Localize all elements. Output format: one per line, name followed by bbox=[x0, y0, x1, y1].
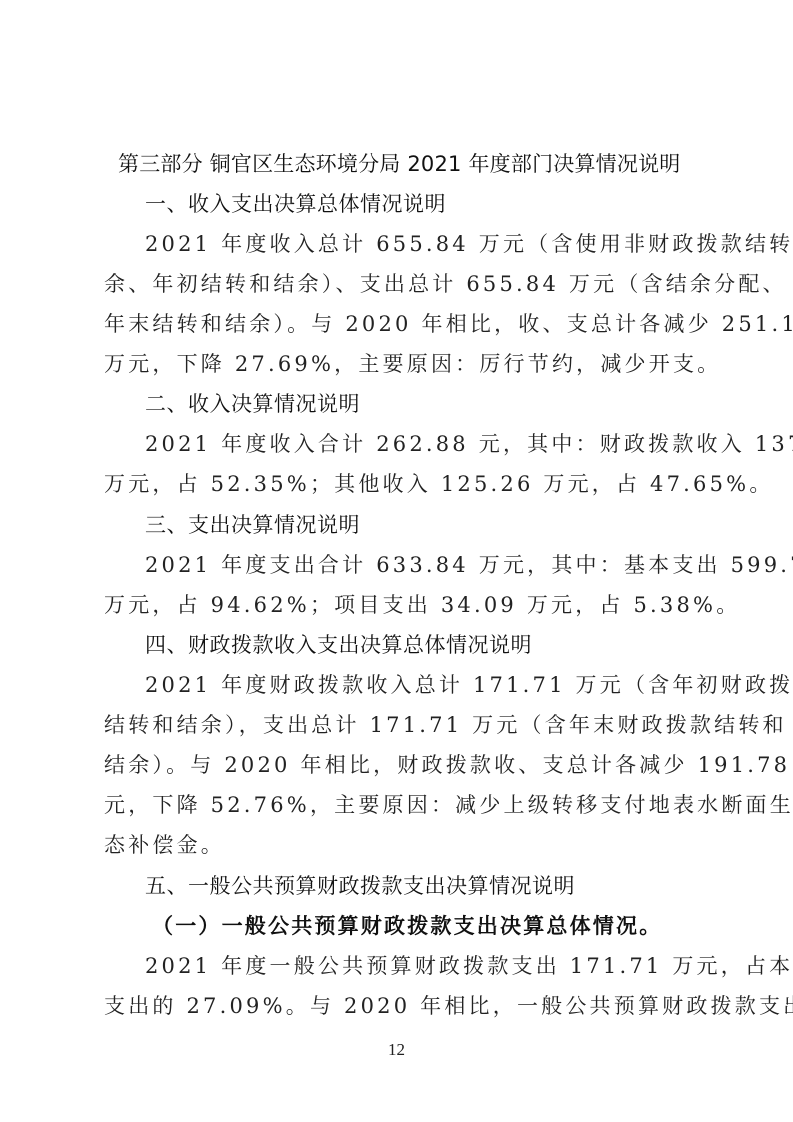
section-heading-1: 一、收入支出决算总体情况说明 bbox=[145, 188, 446, 218]
paragraph-line: 万元，下降 27.69%，主要原因：厉行节约，减少开支。 bbox=[104, 348, 721, 378]
paragraph-line: 结余）。与 2020 年相比，财政拨款收、支总计各减少 191.78 万 bbox=[104, 749, 793, 779]
paragraph-line: 元，下降 52.76%，主要原因：减少上级转移支付地表水断面生 bbox=[104, 789, 793, 819]
section-heading-5: 五、一般公共预算财政拨款支出决算情况说明 bbox=[145, 870, 575, 900]
subsection-heading: （一）一般公共预算财政拨款支出决算总体情况。 bbox=[152, 910, 662, 940]
paragraph-line: 2021 年度支出合计 633.84 万元，其中：基本支出 599.76 bbox=[145, 549, 793, 579]
paragraph-line: 余、年初结转和结余）、支出总计 655.84 万元（含结余分配、 bbox=[104, 268, 787, 298]
paragraph-line: 2021 年度财政拨款收入总计 171.71 万元（含年初财政拨款 bbox=[145, 669, 793, 699]
document-page: 第三部分 铜官区生态环境分局 2021 年度部门决算情况说明 一、收入支出决算总… bbox=[0, 0, 793, 1122]
section-heading-3: 三、支出决算情况说明 bbox=[145, 509, 360, 539]
paragraph-line: 2021 年度收入总计 655.84 万元（含使用非财政拨款结转结 bbox=[145, 228, 793, 258]
section-heading-4: 四、财政拨款收入支出决算总体情况说明 bbox=[145, 629, 532, 659]
page-title: 第三部分 铜官区生态环境分局 2021 年度部门决算情况说明 bbox=[118, 148, 680, 178]
paragraph-line: 态补偿金。 bbox=[104, 829, 225, 859]
paragraph-line: 万元，占 52.35%；其他收入 125.26 万元，占 47.65%。 bbox=[104, 468, 774, 498]
paragraph-line: 年末结转和结余）。与 2020 年相比，收、支总计各减少 251.18 bbox=[104, 308, 793, 338]
paragraph-line: 2021 年度收入合计 262.88 元，其中：财政拨款收入 137.62 bbox=[145, 428, 793, 458]
section-heading-2: 二、收入决算情况说明 bbox=[145, 388, 360, 418]
page-number: 12 bbox=[0, 1040, 793, 1060]
paragraph-line: 2021 年度一般公共预算财政拨款支出 171.71 万元，占本年 bbox=[145, 950, 793, 980]
paragraph-line: 支出的 27.09%。与 2020 年相比，一般公共预算财政拨款支出减 bbox=[104, 990, 793, 1020]
paragraph-line: 万元，占 94.62%；项目支出 34.09 万元，占 5.38%。 bbox=[104, 589, 740, 619]
paragraph-line: 结转和结余），支出总计 171.71 万元（含年末财政拨款结转和 bbox=[104, 709, 787, 739]
